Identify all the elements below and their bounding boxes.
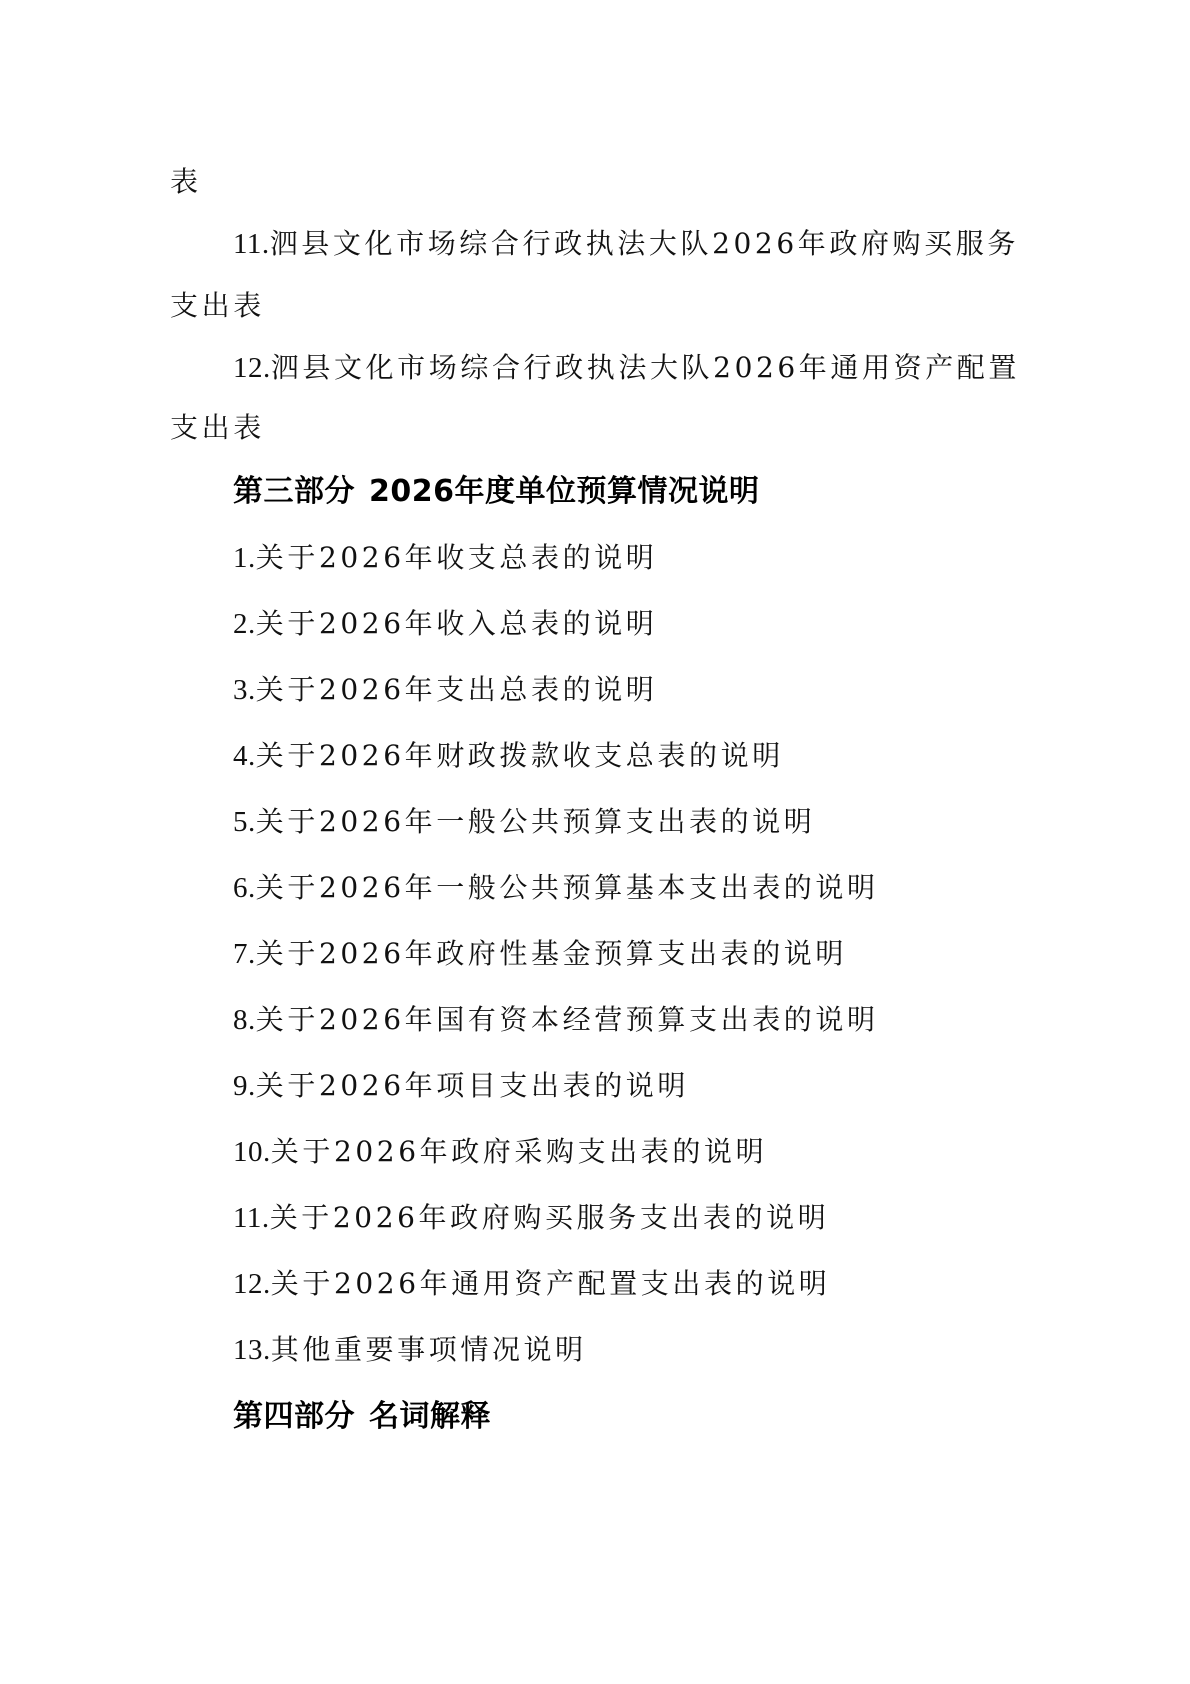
toc-item-number: 9. xyxy=(233,1070,256,1102)
toc-item-number: 5. xyxy=(233,806,256,838)
toc-item-number: 8. xyxy=(233,1004,256,1036)
toc-item-part3-11[interactable]: 11.关于2026年政府购买服务支出表的说明 xyxy=(233,1202,829,1234)
toc-item-part3-7[interactable]: 7.关于2026年政府性基金预算支出表的说明 xyxy=(233,938,847,970)
toc-item-part3-6[interactable]: 6.关于2026年一般公共预算基本支出表的说明 xyxy=(233,872,879,904)
section-heading-part-label: 第四部分 xyxy=(233,1399,355,1434)
toc-item-text: 关于2026年政府购买服务支出表的说明 xyxy=(270,1201,830,1234)
toc-item-text: 关于2026年项目支出表的说明 xyxy=(256,1069,689,1102)
toc-item-text: 关于2026年支出总表的说明 xyxy=(256,673,658,706)
toc-item-number: 10. xyxy=(233,1136,271,1168)
toc-item-number: 12. xyxy=(233,352,271,384)
toc-item-part3-8[interactable]: 8.关于2026年国有资本经营预算支出表的说明 xyxy=(233,1004,879,1036)
toc-continuation-text: 表 xyxy=(170,165,202,198)
toc-item-number: 13. xyxy=(233,1334,271,1366)
toc-continuation-line: 表 xyxy=(170,166,202,198)
document-page: 表 11.泗县文化市场综合行政执法大队2026年政府购买服务 支出表 12.泗县… xyxy=(0,0,1190,1684)
toc-item-text: 关于2026年政府性基金预算支出表的说明 xyxy=(256,937,847,970)
toc-item-number: 11. xyxy=(233,1202,270,1234)
toc-item-text: 关于2026年一般公共预算基本支出表的说明 xyxy=(256,871,879,904)
toc-item-text: 关于2026年国有资本经营预算支出表的说明 xyxy=(256,1003,879,1036)
toc-item-part3-3[interactable]: 3.关于2026年支出总表的说明 xyxy=(233,674,657,706)
toc-item-part2-11[interactable]: 11.泗县文化市场综合行政执法大队2026年政府购买服务 xyxy=(233,228,1019,260)
toc-item-number: 11. xyxy=(233,228,270,260)
toc-item-part3-10[interactable]: 10.关于2026年政府采购支出表的说明 xyxy=(233,1136,767,1168)
toc-item-number: 7. xyxy=(233,938,256,970)
section-heading-part3[interactable]: 第三部分2026年度单位预算情况说明 xyxy=(233,475,760,509)
toc-item-part3-12[interactable]: 12.关于2026年通用资产配置支出表的说明 xyxy=(233,1268,830,1300)
toc-item-number: 2. xyxy=(233,608,256,640)
section-heading-title: 名词解释 xyxy=(369,1399,491,1434)
toc-item-text: 关于2026年一般公共预算支出表的说明 xyxy=(256,805,816,838)
toc-item-text: 泗县文化市场综合行政执法大队2026年政府购买服务 xyxy=(270,227,1019,260)
toc-item-text: 关于2026年收入总表的说明 xyxy=(256,607,658,640)
toc-item-part3-9[interactable]: 9.关于2026年项目支出表的说明 xyxy=(233,1070,689,1102)
section-heading-part4[interactable]: 第四部分名词解释 xyxy=(233,1400,491,1434)
toc-item-number: 12. xyxy=(233,1268,271,1300)
toc-item-part2-12-continuation[interactable]: 支出表 xyxy=(170,412,265,444)
toc-item-number: 4. xyxy=(233,740,256,772)
toc-item-text: 泗县文化市场综合行政执法大队2026年通用资产配置 xyxy=(271,351,1020,384)
section-heading-part-label: 第三部分 xyxy=(233,474,355,509)
toc-item-part3-2[interactable]: 2.关于2026年收入总表的说明 xyxy=(233,608,657,640)
toc-item-part3-1[interactable]: 1.关于2026年收支总表的说明 xyxy=(233,542,657,574)
toc-item-part3-13[interactable]: 13.其他重要事项情况说明 xyxy=(233,1334,587,1366)
toc-item-number: 6. xyxy=(233,872,256,904)
toc-item-text: 关于2026年收支总表的说明 xyxy=(256,541,658,574)
toc-item-number: 3. xyxy=(233,674,256,706)
section-heading-title: 2026年度单位预算情况说明 xyxy=(369,474,760,509)
toc-item-part2-11-continuation[interactable]: 支出表 xyxy=(170,290,265,322)
toc-item-text-continuation: 支出表 xyxy=(170,411,265,444)
toc-item-text: 关于2026年通用资产配置支出表的说明 xyxy=(271,1267,831,1300)
toc-item-text: 其他重要事项情况说明 xyxy=(271,1333,587,1366)
toc-item-part3-4[interactable]: 4.关于2026年财政拨款收支总表的说明 xyxy=(233,740,784,772)
toc-item-text-continuation: 支出表 xyxy=(170,289,265,322)
toc-item-number: 1. xyxy=(233,542,256,574)
toc-item-part3-5[interactable]: 5.关于2026年一般公共预算支出表的说明 xyxy=(233,806,815,838)
toc-item-text: 关于2026年政府采购支出表的说明 xyxy=(271,1135,767,1168)
toc-item-text: 关于2026年财政拨款收支总表的说明 xyxy=(256,739,784,772)
toc-item-part2-12[interactable]: 12.泗县文化市场综合行政执法大队2026年通用资产配置 xyxy=(233,352,1020,384)
